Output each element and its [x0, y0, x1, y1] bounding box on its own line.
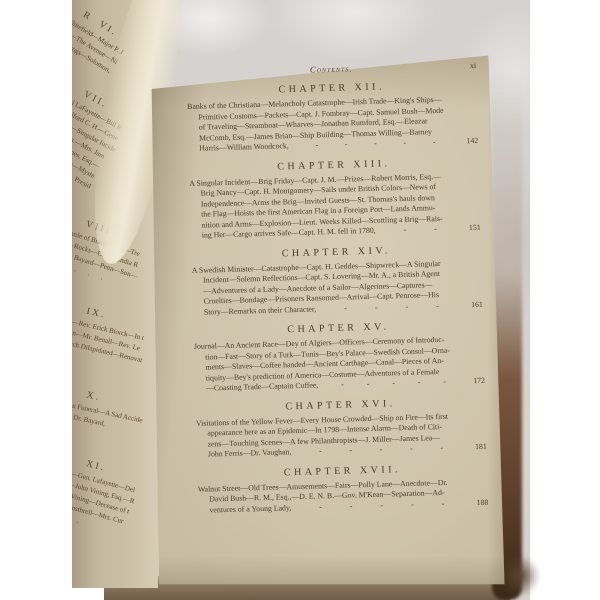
running-head: Contents. xi: [186, 60, 476, 78]
toc-chapter: CHAPTER XIII.A Singular Incident—Brig Fr…: [189, 155, 481, 241]
leader-dash: -: [436, 301, 439, 312]
left-page-section: X.n Funeral—A Sad Accide. Dr. Bayard,: [72, 388, 158, 453]
leader-dash: -: [375, 302, 378, 313]
running-head-title: Contents.: [220, 61, 442, 77]
leader-dash: -: [434, 224, 437, 235]
leader-dash: -: [349, 446, 352, 457]
leader-dash: -: [345, 140, 348, 151]
leader-dash: -: [443, 377, 446, 388]
chapters: CHAPTER XII.Banks of the Christiana—Mela…: [187, 79, 489, 516]
leader-dash: -: [319, 502, 322, 513]
chapter-page-number: 161: [467, 299, 483, 310]
toc-chapter: CHAPTER XIV.A Swedish Minister—Catastrop…: [191, 242, 483, 318]
page-folio: xi: [442, 61, 476, 71]
toc-chapter: CHAPTER XVII.Walnut Street—Old Trees—Amu…: [197, 461, 488, 516]
leader-dash: -: [392, 378, 395, 389]
leader-dash: -: [350, 501, 353, 512]
toc-chapter: CHAPTER XV.Journal—An Ancient Race—Dey o…: [193, 319, 485, 395]
toc-chapter: CHAPTER XII.Banks of the Christiana—Mela…: [187, 79, 479, 155]
chapter-page-number: 172: [469, 376, 485, 387]
left-page-section: IX.—Rev. Erick Biorck—In tan—Mr. Benall—…: [72, 304, 158, 383]
leader-dash: -: [410, 444, 413, 455]
book-photo: R VI.Whitefield—Major P. Jdler—The Avenu…: [0, 0, 600, 600]
leader-dash: -: [315, 140, 318, 151]
leader-dash: -: [403, 138, 406, 149]
leader-dash: -: [380, 500, 383, 511]
toc-entry-text: —Coasting Trade—Captain Cuffee,: [195, 380, 319, 394]
chapter-page-number: 142: [462, 136, 478, 147]
leader-dash: -: [405, 301, 408, 312]
leader-dash: -: [418, 378, 421, 389]
leader-dash: -: [440, 443, 443, 454]
leader-dash: -: [442, 498, 445, 509]
chapter-page-number: 188: [472, 497, 488, 508]
left-page-section: XI.—Gen. Lafayette—Del—John Vining, Esq.…: [72, 456, 158, 561]
leader-dash: -: [319, 446, 322, 457]
leader-dash: -: [403, 225, 406, 236]
toc-entry-text: Story—Remarks on their Character,: [193, 304, 317, 318]
toc-entry-text: Harris—William Woodcock,: [188, 141, 289, 154]
leader-dash: -: [374, 139, 377, 150]
contents-text-block: Contents. xi CHAPTER XII.Banks of the Ch…: [186, 56, 489, 516]
chapter-page-number: 151: [465, 223, 481, 234]
leader-dash: -: [411, 499, 414, 510]
chapter-page-number: 181: [471, 442, 487, 453]
toc-chapter: CHAPTER XVI.Visitations of the Yellow Fe…: [195, 395, 486, 460]
leader-dash: -: [344, 303, 347, 314]
leader-dash: -: [380, 445, 383, 456]
leader-dash: -: [367, 379, 370, 390]
leader-dash: -: [433, 137, 436, 148]
running-head-spacer: [186, 75, 220, 76]
leader-dash: -: [341, 380, 344, 391]
dash-leaders: --: [376, 223, 465, 236]
toc-entry-text: John Ferris—Dr. Vaughan,: [197, 447, 292, 460]
